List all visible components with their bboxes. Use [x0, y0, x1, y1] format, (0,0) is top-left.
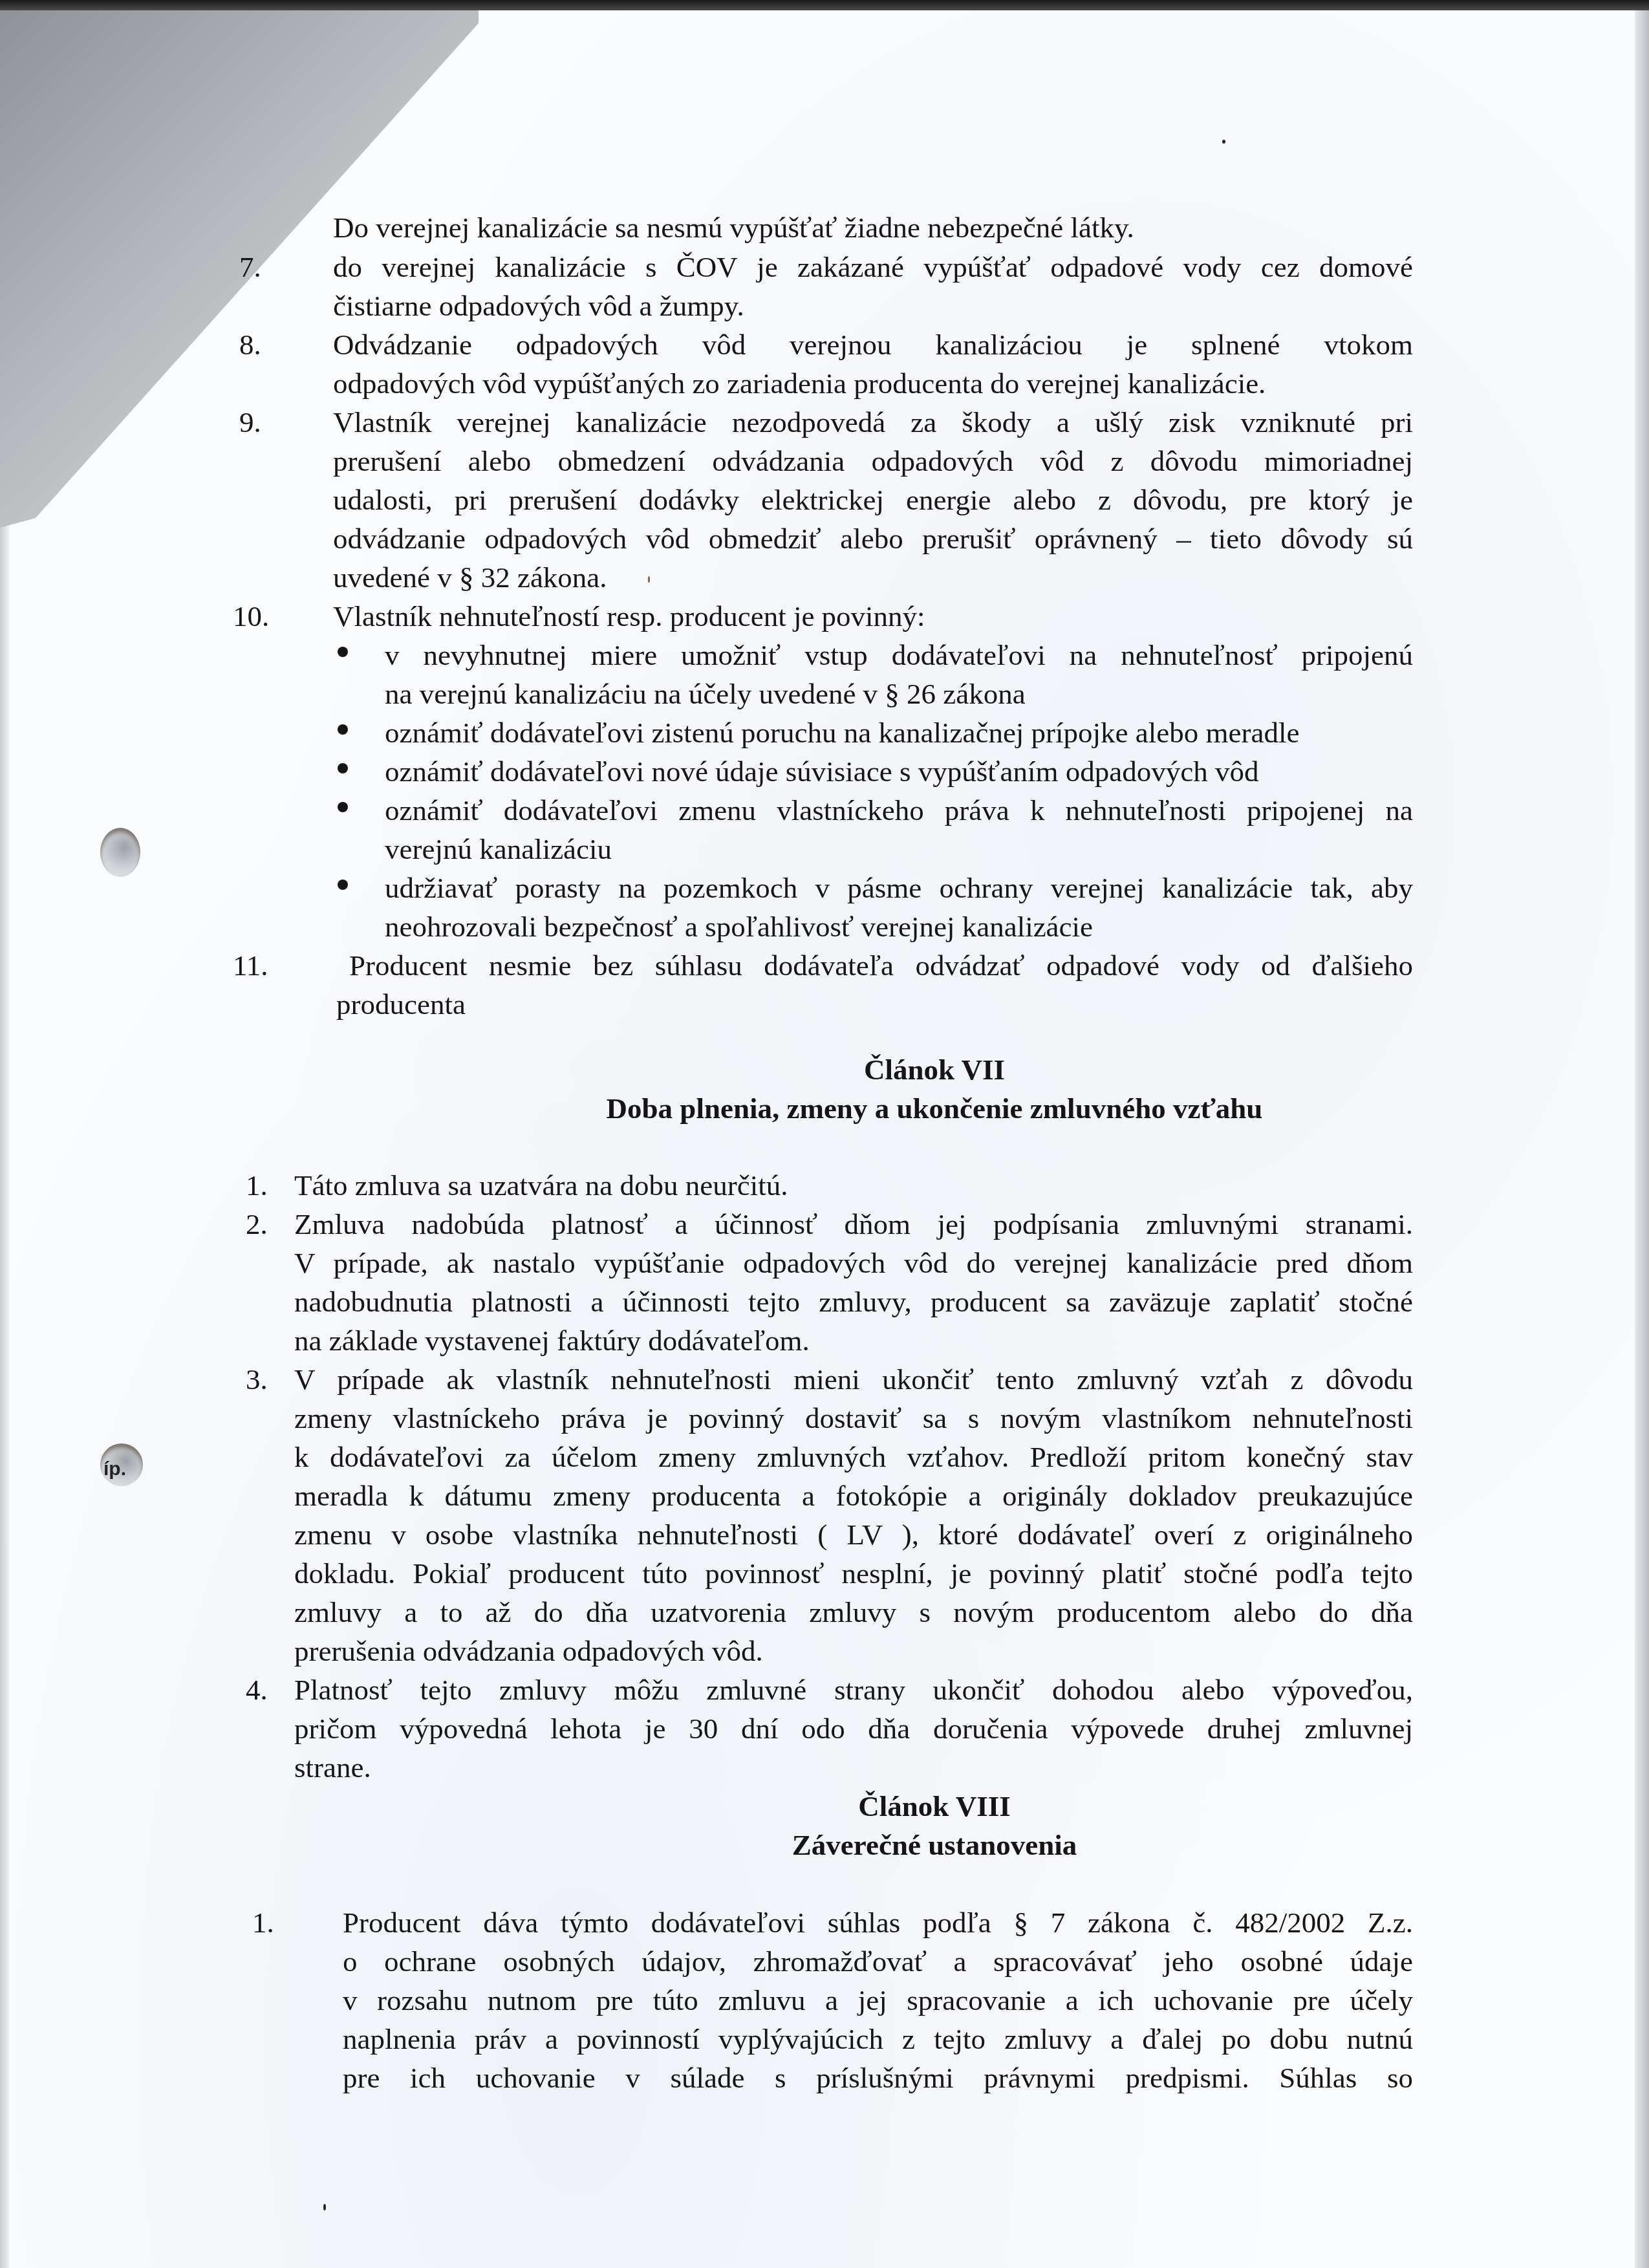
scanner-top-edge	[0, 0, 1649, 10]
art7-item2-line3: nadobudnutia platnosti a účinnosti tejto…	[294, 1282, 1413, 1321]
item9-line1: Vlastník verejnej kanalizácie nezodpoved…	[333, 403, 1413, 442]
art7-item3-line5: zmenu v osobe vlastníka nehnuteľnosti ( …	[294, 1515, 1413, 1554]
item6-tail-text: Do verejnej kanalizácie sa nesmú vypúšťa…	[333, 208, 1134, 247]
item9-line2: prerušení alebo obmedzení odvádzania odp…	[333, 442, 1413, 481]
item10-bullet5-line2: neohrozovali bezpečnosť a spoľahlivosť v…	[385, 907, 1093, 946]
art7-item2-line1: Zmluva nadobúda platnosť a účinnosť dňom…	[294, 1205, 1413, 1244]
article8-subtitle: Záverečné ustanovenia	[110, 1826, 1649, 1864]
art8-item1-number: 1.	[252, 1903, 274, 1942]
art7-item1-line1: Táto zmluva sa uzatvára na dobu neurčitú…	[294, 1166, 788, 1205]
item7-line1: do verejnej kanalizácie s ČOV je zakázan…	[333, 248, 1413, 286]
bullet-icon	[338, 802, 348, 812]
art8-item1-line4: naplnenia práv a povinností vyplývajúcic…	[343, 2020, 1413, 2058]
item10-intro: Vlastník nehnuteľností resp. producent j…	[333, 597, 925, 636]
item10-bullet3-line1: oznámiť dodávateľovi nové údaje súvisiac…	[385, 752, 1258, 791]
art7-item3-line4: meradla k dátumu zmeny producenta a foto…	[294, 1476, 1413, 1515]
item9-line5: uvedené v § 32 zákona.	[333, 558, 607, 597]
art7-item4-line1: Platnosť tejto zmluvy môžu zmluvné stran…	[294, 1670, 1413, 1709]
item10-number: 10.	[233, 597, 269, 636]
bullet-icon	[338, 763, 348, 773]
article7-subtitle: Doba plnenia, zmeny a ukončenie zmluvnéh…	[110, 1089, 1649, 1128]
hole-punch-top	[100, 828, 140, 877]
item10-bullet4-line2: verejnú kanalizáciu	[385, 830, 612, 869]
art7-item3-line8: prerušenia odvádzania odpadových vôd.	[294, 1632, 763, 1670]
item8-line1: Odvádzanie odpadových vôd verejnou kanal…	[333, 325, 1413, 364]
scan-speck	[323, 2204, 326, 2210]
item8-line2: odpadových vôd vypúšťaných zo zariadenia…	[333, 364, 1266, 403]
art8-item1-line2: o ochrane osobných údajov, zhromažďovať …	[343, 1942, 1413, 1981]
hole-showthrough-text: íp.	[103, 1458, 126, 1480]
article7-title: Článok VII	[110, 1050, 1649, 1089]
art7-item4-line3: strane.	[294, 1748, 371, 1787]
art7-item1-number: 1.	[246, 1166, 268, 1205]
art7-item4-line2: pričom výpovedná lehota je 30 dní odo dň…	[294, 1709, 1413, 1748]
item10-bullet5-line1: udržiavať porasty na pozemkoch v pásme o…	[385, 869, 1413, 907]
art8-item1-line3: v rozsahu nutnom pre túto zmluvu a jej s…	[343, 1981, 1413, 2020]
item10-bullet1-line1: v nevyhnutnej miere umožniť vstup dodáva…	[385, 636, 1413, 675]
art7-item3-line6: dokladu. Pokiaľ producent túto povinnosť…	[294, 1554, 1413, 1593]
art7-item3-number: 3.	[246, 1360, 268, 1399]
bullet-icon	[338, 724, 348, 735]
item10-bullet1-line2: na verejnú kanalizáciu na účely uvedené …	[385, 675, 1026, 713]
item8-number: 8.	[239, 325, 261, 364]
article8-title: Článok VIII	[110, 1787, 1649, 1826]
art7-item4-number: 4.	[246, 1670, 268, 1709]
item10-bullet2-line1: oznámiť dodávateľovi zistenú poruchu na …	[385, 713, 1299, 752]
item7-number: 7.	[239, 248, 261, 286]
item9-line3: udalosti, pri prerušení dodávky elektric…	[333, 481, 1413, 519]
art7-item3-line7: zmluvy a to až do dňa uzatvorenia zmluvy…	[294, 1593, 1413, 1632]
item11-line1: Producent nesmie bez súhlasu dodávateľa …	[349, 946, 1413, 985]
art7-item2-number: 2.	[246, 1205, 268, 1244]
art7-item3-line3: k dodávateľovi za účelom zmeny zmluvných…	[294, 1438, 1413, 1476]
scanner-right-edge	[1635, 10, 1649, 2268]
bullet-icon	[338, 880, 348, 890]
item7-line2: čistiarne odpadových vôd a žumpy.	[333, 286, 744, 325]
art7-item3-line1: V prípade ak vlastník nehnuteľnosti mien…	[294, 1360, 1413, 1399]
item10-bullet4-line1: oznámiť dodávateľovi zmenu vlastníckeho …	[385, 791, 1413, 830]
item11-line2: producenta	[336, 985, 466, 1024]
art8-item1-line1: Producent dáva týmto dodávateľovi súhlas…	[343, 1903, 1413, 1942]
scan-speck	[648, 576, 650, 583]
art7-item2-line2: V prípade, ak nastalo vypúšťanie odpadov…	[294, 1244, 1413, 1282]
item9-number: 9.	[239, 403, 261, 442]
item9-line4: odvádzanie odpadových vôd obmedziť alebo…	[333, 519, 1413, 558]
bullet-icon	[338, 647, 348, 657]
art7-item3-line2: zmeny vlastníckeho práva je povinný dost…	[294, 1399, 1413, 1438]
item11-number: 11.	[233, 946, 268, 985]
art8-item1-line5: pre ich uchovanie v súlade s príslušnými…	[343, 2058, 1413, 2097]
scan-speck	[1222, 140, 1225, 144]
art7-item2-line4: na základe vystavenej faktúry dodávateľo…	[294, 1321, 810, 1360]
